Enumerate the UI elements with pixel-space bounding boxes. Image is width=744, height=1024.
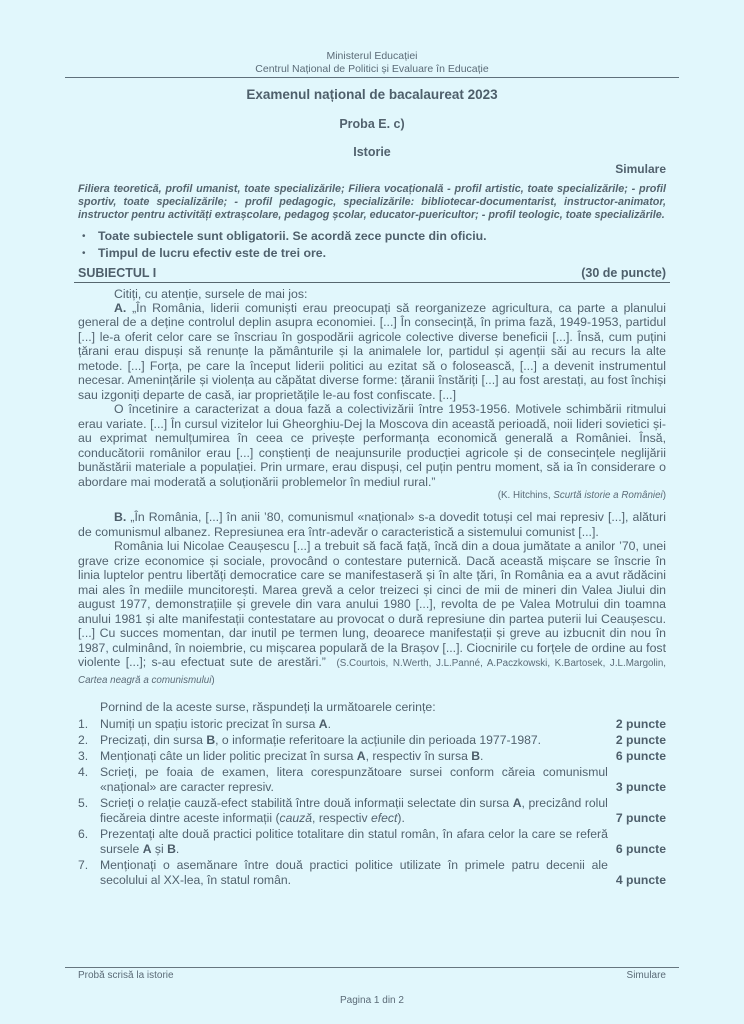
- ministry-name: Ministerul Educației: [78, 50, 666, 63]
- source-b-citation: (S.Courtois, N.Werth, J.L.Panné, A.Paczk…: [78, 658, 666, 686]
- source-paragraph: B. „În România, [...] în anii ’80, comun…: [78, 510, 666, 539]
- requirement-number: 1.: [78, 717, 100, 732]
- requirements-list: 1.Numiți un spațiu istoric precizat în s…: [78, 716, 666, 888]
- requirement-number: 4.: [78, 765, 100, 795]
- flex-spacer: [78, 888, 666, 967]
- requirement-item: 4.Scrieți, pe foaia de examen, litera co…: [78, 765, 666, 795]
- exam-page: Ministerul Educației Centrul Național de…: [0, 0, 744, 1024]
- requirement-item: 6.Prezentați alte două practici politice…: [78, 827, 666, 857]
- requirement-number: 2.: [78, 733, 100, 748]
- source-a-paragraphs: A. „În România, liderii comuniști erau p…: [78, 301, 666, 490]
- requirement-points: 4 puncte: [616, 873, 666, 888]
- requirement-text: Prezentați alte două practici politice t…: [100, 827, 608, 857]
- requirement-text: Menționați o asemănare între două practi…: [100, 858, 608, 888]
- exam-title: Examenul național de bacalaureat 2023: [78, 87, 666, 102]
- requirement-text: Scrieți, pe foaia de examen, litera core…: [100, 765, 608, 795]
- exam-session: Simulare: [78, 162, 666, 176]
- requirement-item: 1.Numiți un spațiu istoric precizat în s…: [78, 717, 666, 732]
- page-number: Pagina 1 din 2: [78, 995, 666, 1006]
- footer-row: Probă scrisă la istorie Simulare: [78, 970, 666, 981]
- requirement-points: 7 puncte: [616, 811, 666, 826]
- filiera-note: Filiera teoretică, profil umanist, toate…: [78, 183, 666, 223]
- subject1-title: SUBIECTUL I: [78, 266, 156, 280]
- requirement-number: 6.: [78, 827, 100, 857]
- bullet-icon: •: [78, 245, 98, 262]
- requirement-number: 7.: [78, 858, 100, 888]
- requirement-points: 2 puncte: [616, 733, 666, 748]
- general-note-item: •Toate subiectele sunt obligatorii. Se a…: [78, 228, 666, 245]
- requirement-points: 6 puncte: [616, 749, 666, 764]
- source-b: B. „În România, [...] în anii ’80, comun…: [78, 510, 666, 688]
- header-divider: [65, 77, 679, 78]
- requirement-text: Scrieți o relație cauză-efect stabilită …: [100, 796, 608, 826]
- requirement-item: 2.Precizați, din sursa B, o informație r…: [78, 733, 666, 748]
- requirement-points: 6 puncte: [616, 842, 666, 857]
- exam-discipline: Istorie: [78, 145, 666, 159]
- requirement-item: 3.Menționați câte un lider politic preci…: [78, 749, 666, 764]
- spacer-between-sources: [78, 502, 666, 510]
- subject1-intro: Citiți, cu atenție, sursele de mai jos:: [78, 287, 666, 301]
- center-name: Centrul Național de Politici și Evaluare…: [78, 63, 666, 76]
- source-paragraph: A. „În România, liderii comuniști erau p…: [78, 301, 666, 403]
- bullet-icon: •: [78, 228, 98, 245]
- requirements-prompt: Pornind de la aceste surse, răspundeți l…: [78, 700, 666, 714]
- subject1-points: (30 de puncte): [581, 266, 666, 280]
- requirement-number: 5.: [78, 796, 100, 826]
- footer-divider: [65, 967, 679, 968]
- footer-right: Simulare: [627, 970, 666, 981]
- requirement-number: 3.: [78, 749, 100, 764]
- subject1-heading: SUBIECTUL I (30 de puncte): [74, 266, 670, 283]
- general-note-text: Toate subiectele sunt obligatorii. Se ac…: [98, 228, 487, 245]
- source-a-citation: (K. Hitchins, Scurtă istorie a României): [78, 489, 666, 502]
- general-note-item: •Timpul de lucru efectiv este de trei or…: [78, 245, 666, 262]
- general-notes: •Toate subiectele sunt obligatorii. Se a…: [78, 228, 666, 262]
- footer-left: Probă scrisă la istorie: [78, 970, 174, 981]
- requirement-text: Menționați câte un lider politic preciza…: [100, 749, 608, 764]
- requirement-points: 2 puncte: [616, 717, 666, 732]
- requirement-text: Precizați, din sursa B, o informație ref…: [100, 733, 608, 748]
- requirement-item: 7.Menționați o asemănare între două prac…: [78, 858, 666, 888]
- requirement-points: 3 puncte: [616, 780, 666, 795]
- source-a: A. „În România, liderii comuniști erau p…: [78, 301, 666, 503]
- exam-proba: Proba E. c): [78, 117, 666, 131]
- requirement-text: Numiți un spațiu istoric precizat în sur…: [100, 717, 608, 732]
- general-note-text: Timpul de lucru efectiv este de trei ore…: [98, 245, 326, 262]
- requirement-item: 5.Scrieți o relație cauză-efect stabilit…: [78, 796, 666, 826]
- source-paragraph: România lui Nicolae Ceaușescu [...] a tr…: [78, 539, 666, 688]
- source-paragraph: O încetinire a caracterizat a doua fază …: [78, 402, 666, 489]
- source-b-paragraphs: B. „În România, [...] în anii ’80, comun…: [78, 510, 666, 688]
